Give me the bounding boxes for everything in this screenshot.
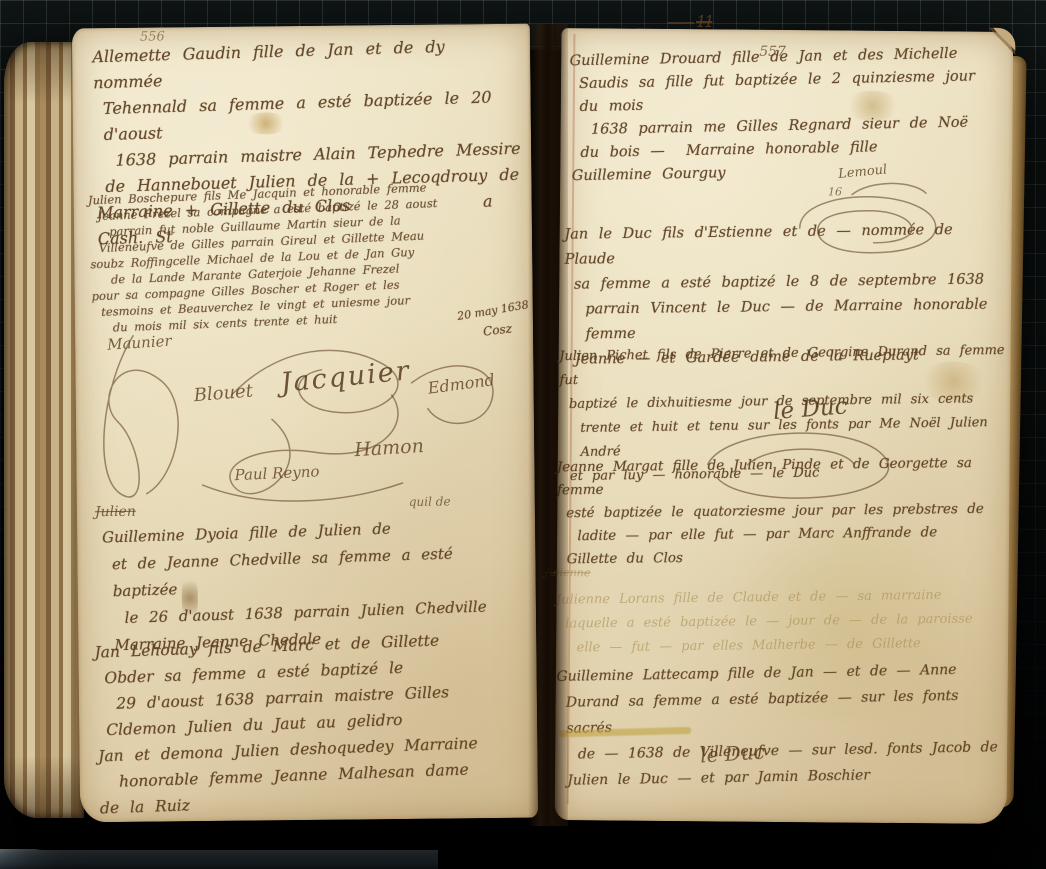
manuscript-line: Jeanne Margat fille de Julien Pinde et d… xyxy=(557,452,1005,503)
manuscript-line: Gillette du Clos xyxy=(567,544,1006,572)
manuscript-line: Jan le Duc fils d'Estienne et de — nommé… xyxy=(564,217,1007,272)
manuscript-photo: { "folio_mark": "11", "colors": { "ink":… xyxy=(0,0,1046,869)
manuscript-line: Durand sa femme a esté baptizée — sur le… xyxy=(566,682,1004,742)
folio-mark-number: 11 xyxy=(696,12,712,31)
signature: le Duc xyxy=(699,740,765,768)
flourish-number: 16 xyxy=(828,185,842,198)
marginal-note: Julien xyxy=(95,504,136,520)
book-gutter-shadow xyxy=(528,24,568,826)
baptism-entry-faded: Julienne Lorans fille de Claude et de — … xyxy=(556,583,999,660)
manuscript-line: elle — fut — par elles Malherbe — de Gil… xyxy=(576,631,998,660)
signature: Jacquier xyxy=(279,355,412,399)
signature: Blouet xyxy=(193,381,254,407)
signature: Edmond xyxy=(427,370,496,398)
right-page: 557 Guillemine Drouard fille de Jan et d… xyxy=(555,28,1014,824)
folio-mark: 11 xyxy=(668,12,748,31)
scribble-note: Cosz xyxy=(482,321,512,338)
baptism-entry: Guillemine Drouard fille de Jan et des M… xyxy=(569,42,1006,188)
left-page: 556 Allemette Gaudin fille de Jan et de … xyxy=(72,24,538,823)
manuscript-line: Saudis sa fille fut baptizée le 2 quinzi… xyxy=(579,65,1005,119)
signature-flourish-loops xyxy=(81,322,523,527)
folio-mark-stroke xyxy=(668,22,694,24)
baptism-entry: Jan Lehouay fils de Marc et de GilletteO… xyxy=(94,624,534,821)
manuscript-line: Julien Pichet fils de Pierre et de Georg… xyxy=(559,339,1008,393)
signature: Hamon xyxy=(354,435,425,461)
open-register-book: 556 Allemette Gaudin fille de Jan et de … xyxy=(4,20,1012,850)
book-fore-edge-pages xyxy=(4,42,84,818)
table-edge-strip xyxy=(0,849,438,869)
manuscript-line: esté baptizée le quatorziesme jour par l… xyxy=(566,498,1005,526)
baptism-entry: Guillemine Lattecamp fille de Jan — et d… xyxy=(556,656,1004,794)
baptism-entry: Jeanne Margat fille de Julien Pinde et d… xyxy=(557,452,1006,572)
signature: Maunier xyxy=(107,332,172,354)
signature: Paul Reyno xyxy=(234,462,320,484)
side-note: quil de xyxy=(409,494,451,508)
